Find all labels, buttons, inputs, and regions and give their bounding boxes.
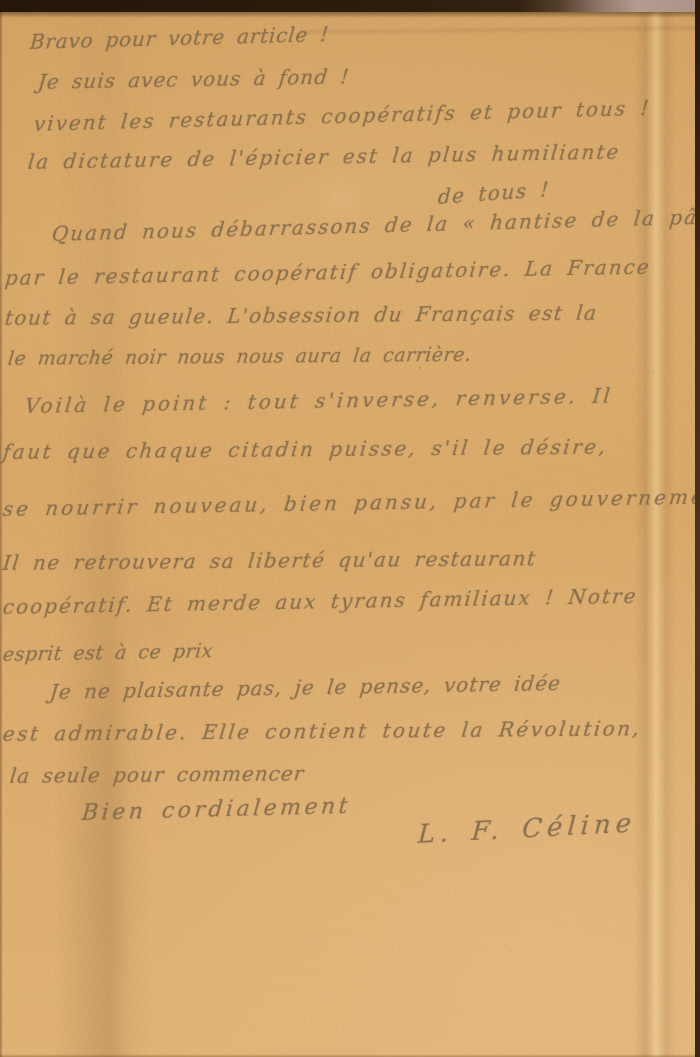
line-06: Quand nous débarrassons de la « hantise …: [51, 203, 700, 246]
line-04: la dictature de l'épicier est la plus hu…: [27, 140, 622, 174]
line-10: Voilà le point : tout s'inverse, renvers…: [24, 384, 614, 418]
line-08: tout à sa gueule. L'obsession du Françai…: [4, 301, 599, 330]
line-02: Je suis avec vous à fond !: [37, 65, 351, 94]
line-09: le marché noir nous nous aura la carrièr…: [7, 344, 473, 370]
line-11: faut que chaque citadin puisse, s'il le …: [2, 435, 609, 464]
photo-edge-right: [695, 0, 700, 1057]
closing-line: Bien cordialement: [81, 794, 352, 826]
line-03: vivent les restaurants coopératifs et po…: [33, 96, 652, 136]
line-05: de tous !: [437, 177, 550, 209]
line-16: Je ne plaisante pas, je le pense, votre …: [49, 671, 563, 704]
line-01: Bravo pour votre article !: [29, 22, 330, 54]
line-07: par le restaurant coopératif obligatoire…: [4, 255, 652, 290]
line-13: Il ne retrouvera sa liberté qu'au restau…: [2, 546, 538, 575]
signature: L. F. Céline: [417, 808, 637, 850]
photo-edge-top: [0, 0, 700, 12]
handwriting-layer: Bravo pour votre article !Je suis avec v…: [0, 0, 700, 1057]
line-15: esprit est à ce prix: [2, 640, 214, 666]
line-14: coopératif. Et merde aux tyrans familiau…: [2, 584, 639, 619]
letter-photo: Bravo pour votre article !Je suis avec v…: [0, 0, 700, 1057]
line-18: la seule pour commencer: [9, 761, 306, 788]
line-12: se nourrir nouveau, bien pansu, par le g…: [2, 484, 700, 521]
photo-edge-left: [0, 0, 3, 1057]
line-17: est admirable. Elle contient toute la Ré…: [2, 716, 643, 746]
